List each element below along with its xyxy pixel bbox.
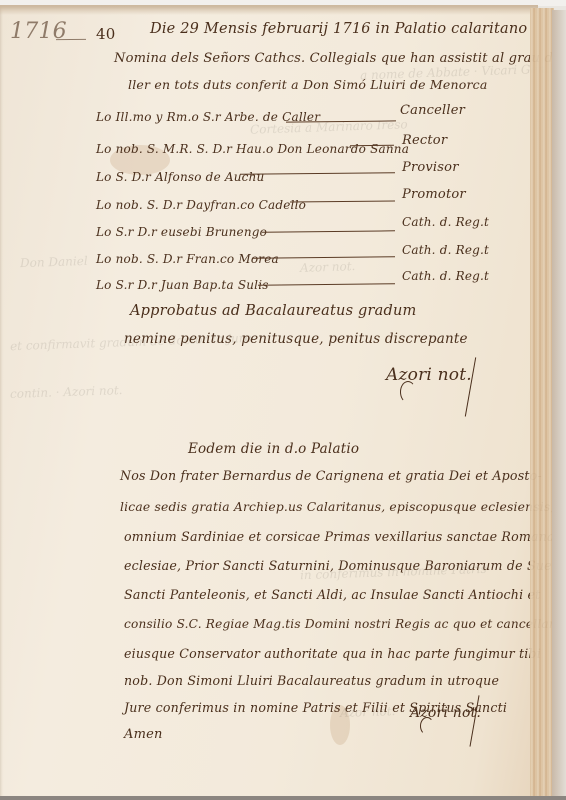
scan-border-bottom — [0, 796, 566, 800]
leader-line — [240, 172, 395, 175]
official-name: Lo S.r D.r Juan Bap.ta Sulis — [96, 278, 269, 292]
official-name: Lo nob. S. D.r Fran.co Morea — [96, 252, 279, 266]
official-name: Lo nob. S. D.r Dayfran.co Cadello — [96, 198, 306, 212]
signature-flourish — [420, 717, 434, 735]
margin-year-underline — [56, 39, 86, 40]
page-number: 40 — [96, 25, 116, 43]
body-line: eiusque Conservator authoritate qua in h… — [124, 646, 541, 661]
bleed-through-text: Azor not. — [300, 259, 356, 275]
official-role: Canceller — [400, 103, 465, 118]
notary-signature-1: Azori not. — [386, 365, 472, 385]
body-line: licae sedis gratia Archiep.us Calaritanu… — [120, 500, 566, 514]
header-line-3: ller en tots duts conferit a Don Simó Ll… — [128, 77, 488, 92]
official-role: Rector — [402, 133, 447, 148]
second-entry-heading: Eodem die in d.o Palatio — [188, 441, 359, 457]
body-line: consilio S.C. Regiae Mag.tis Domini nost… — [124, 617, 566, 631]
official-name: Lo S.r D.r eusebi Brunengo — [96, 225, 267, 239]
official-role: Cath. d. Reg.t — [402, 269, 489, 283]
body-line: eclesiae, Prior Sancti Saturnini, Dominu… — [124, 558, 566, 573]
official-role: Cath. d. Reg.t — [402, 243, 489, 257]
approval-line-2: nemine penitus, penitusque, penitus disc… — [124, 331, 468, 347]
header-line-2: Nomina dels Señors Cathcs. Collegials qu… — [114, 51, 566, 66]
approval-line-1: Approbatus ad Bacalaureatus gradum — [130, 303, 416, 319]
body-line: Amen — [124, 727, 163, 742]
leader-line — [290, 200, 395, 202]
signature-flourish — [400, 381, 416, 403]
leader-line — [258, 283, 395, 285]
notary-signature-2: Azori not. — [410, 705, 481, 721]
body-line: omnium Sardiniae et corsicae Primas vexi… — [124, 529, 562, 544]
leader-line — [262, 230, 395, 232]
bleed-through-text: contin. · Azori not. — [10, 383, 123, 401]
margin-year: 1716 — [10, 19, 67, 44]
official-role: Promotor — [402, 187, 466, 202]
body-line: nob. Don Simoni Lluiri Bacalaureatus gra… — [124, 673, 499, 688]
body-line: Nos Don frater Bernardus de Carignena et… — [120, 468, 542, 483]
manuscript-page: a nome de Abbate · Vicari Gen.l Cortesia… — [0, 5, 538, 797]
official-role: Provisor — [402, 160, 459, 175]
official-role: Cath. d. Reg.t — [402, 215, 489, 229]
header-line-1: Die 29 Mensis februarij 1716 in Palatio … — [150, 21, 527, 37]
official-name: Lo S. D.r Alfonso de Auchu — [96, 170, 264, 184]
page-fore-edge — [530, 8, 554, 798]
leader-line — [252, 256, 395, 258]
book-edge-shadow — [552, 10, 566, 796]
bleed-through-text: Don Daniel — [20, 254, 88, 270]
body-line: Sancti Panteleonis, et Sancti Aldi, ac I… — [124, 587, 540, 602]
